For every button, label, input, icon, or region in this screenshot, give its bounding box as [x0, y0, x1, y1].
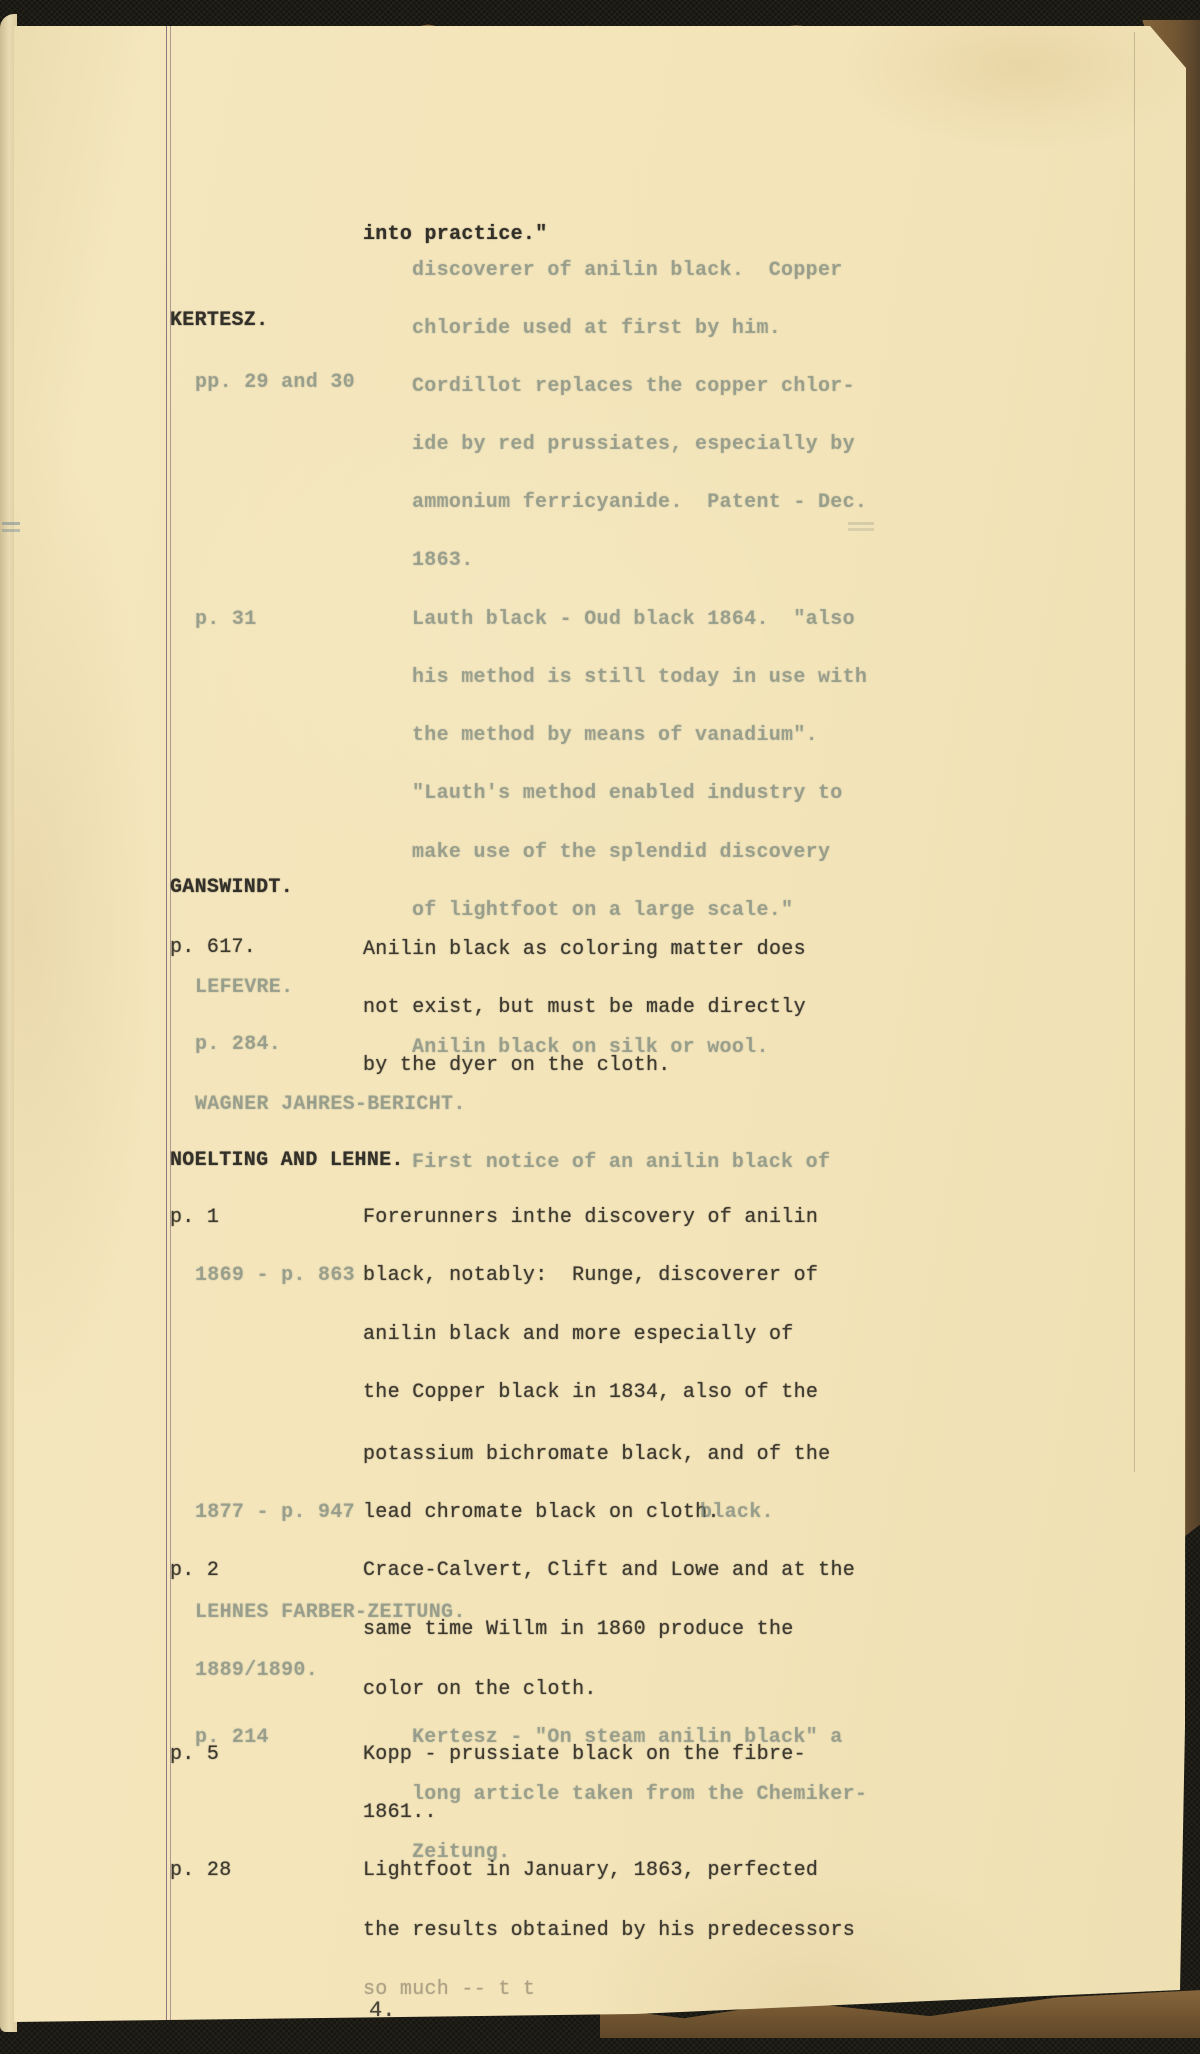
typed-line-page-ref: p. 5 — [170, 1742, 219, 1768]
typed-line-ghost-body: ide by red prussiates, especially by — [412, 432, 855, 458]
typed-line-body: Forerunners inthe discovery of anilin — [363, 1205, 818, 1231]
scanned-page-photo: into practice."discoverer of anilin blac… — [0, 0, 1200, 2054]
typed-line-body: 1861.. — [363, 1800, 437, 1826]
typed-line-page-ref: p. 617. — [170, 935, 256, 961]
typed-line-ghost-page-ref: 1889/1890. — [195, 1658, 318, 1684]
typed-line-body: potassium bichromate black, and of the — [363, 1442, 830, 1468]
typed-line-ghost-body: his method is still today in use with — [412, 665, 867, 691]
edge-pencil-marks — [2, 520, 20, 536]
document-page: into practice."discoverer of anilin blac… — [14, 26, 1186, 2024]
typed-line-body: lead chromate black on cloth. — [363, 1500, 720, 1526]
typed-line-page-ref: p. 2 — [170, 1558, 219, 1584]
typed-line-ghost-body: make use of the splendid discovery — [412, 840, 830, 866]
typed-line-body: Lightfoot in January, 1863, perfected — [363, 1858, 818, 1884]
typed-line-ghost-body: discoverer of anilin black. Copper — [412, 258, 843, 284]
typed-line-body: same time Willm in 1860 produce the — [363, 1617, 794, 1643]
typed-line-ghost-body: First notice of an anilin black of — [412, 1150, 830, 1176]
typed-line-ghost-heading: WAGNER JAHRES-BERICHT. — [195, 1092, 466, 1118]
typed-line-ghost-page-ref: 1869 - p. 863 — [195, 1263, 355, 1289]
typed-line-body: the results obtained by his predecessors — [363, 1918, 855, 1944]
typed-line-ghost-body: of lightfoot on a large scale." — [412, 898, 793, 924]
typed-line-body: the Copper black in 1834, also of the — [363, 1380, 818, 1406]
right-margin-ruled-line — [1134, 32, 1135, 1472]
typed-line-body: Anilin black as coloring matter does — [363, 937, 806, 963]
typed-line-ghost-page-ref: p. 284. — [195, 1032, 281, 1058]
typed-line-body-strong: into practice." — [363, 222, 548, 248]
typed-line-ghost-body: ammonium ferricyanide. Patent - Dec. — [412, 490, 867, 516]
typed-line-ghost-body: chloride used at first by him. — [412, 316, 781, 342]
typed-line-heading: KERTESZ. — [170, 308, 268, 334]
typed-line-ghost-page-ref: p. 31 — [195, 607, 257, 633]
typed-line-page-ref: p. 28 — [170, 1858, 232, 1884]
typed-line-body: not exist, but must be made directly — [363, 995, 806, 1021]
typed-line-body: anilin black and more especially of — [363, 1322, 794, 1348]
typed-line-ghost-body: the method by means of vanadium". — [412, 723, 818, 749]
typed-line-ghost-heading: LEFEVRE. — [195, 975, 293, 1001]
typed-line-heading: NOELTING AND LEHNE. — [170, 1148, 404, 1174]
typed-line-ghost-page-ref: pp. 29 and 30 — [195, 370, 355, 396]
typed-line-body: Kopp - prussiate black on the fibre- — [363, 1742, 806, 1768]
typed-line-body: color on the cloth. — [363, 1677, 597, 1703]
typed-line-ghost-body: Lauth black - Oud black 1864. "also — [412, 607, 855, 633]
page-number: 4. — [369, 1998, 395, 2024]
paper-smudge — [848, 520, 874, 534]
typed-line-ghost-body: Cordillot replaces the copper chlor- — [412, 374, 855, 400]
typed-line-page-ref: p. 1 — [170, 1205, 219, 1231]
typed-line-ghost-body: "Lauth's method enabled industry to — [412, 781, 843, 807]
typed-line-body: Crace-Calvert, Clift and Lowe and at the — [363, 1558, 855, 1584]
typed-line-body: black, notably: Runge, discoverer of — [363, 1263, 818, 1289]
typed-line-ghost-page-ref: 1877 - p. 947 — [195, 1500, 355, 1526]
typed-line-body: by the dyer on the cloth. — [363, 1053, 671, 1079]
typed-line-heading: GANSWINDT. — [170, 875, 293, 901]
typed-line-ghost-body: black. — [700, 1500, 774, 1526]
typed-line-ghost-body: long article taken from the Chemiker- — [412, 1782, 867, 1808]
typed-line-ghost-body: 1863. — [412, 548, 474, 574]
